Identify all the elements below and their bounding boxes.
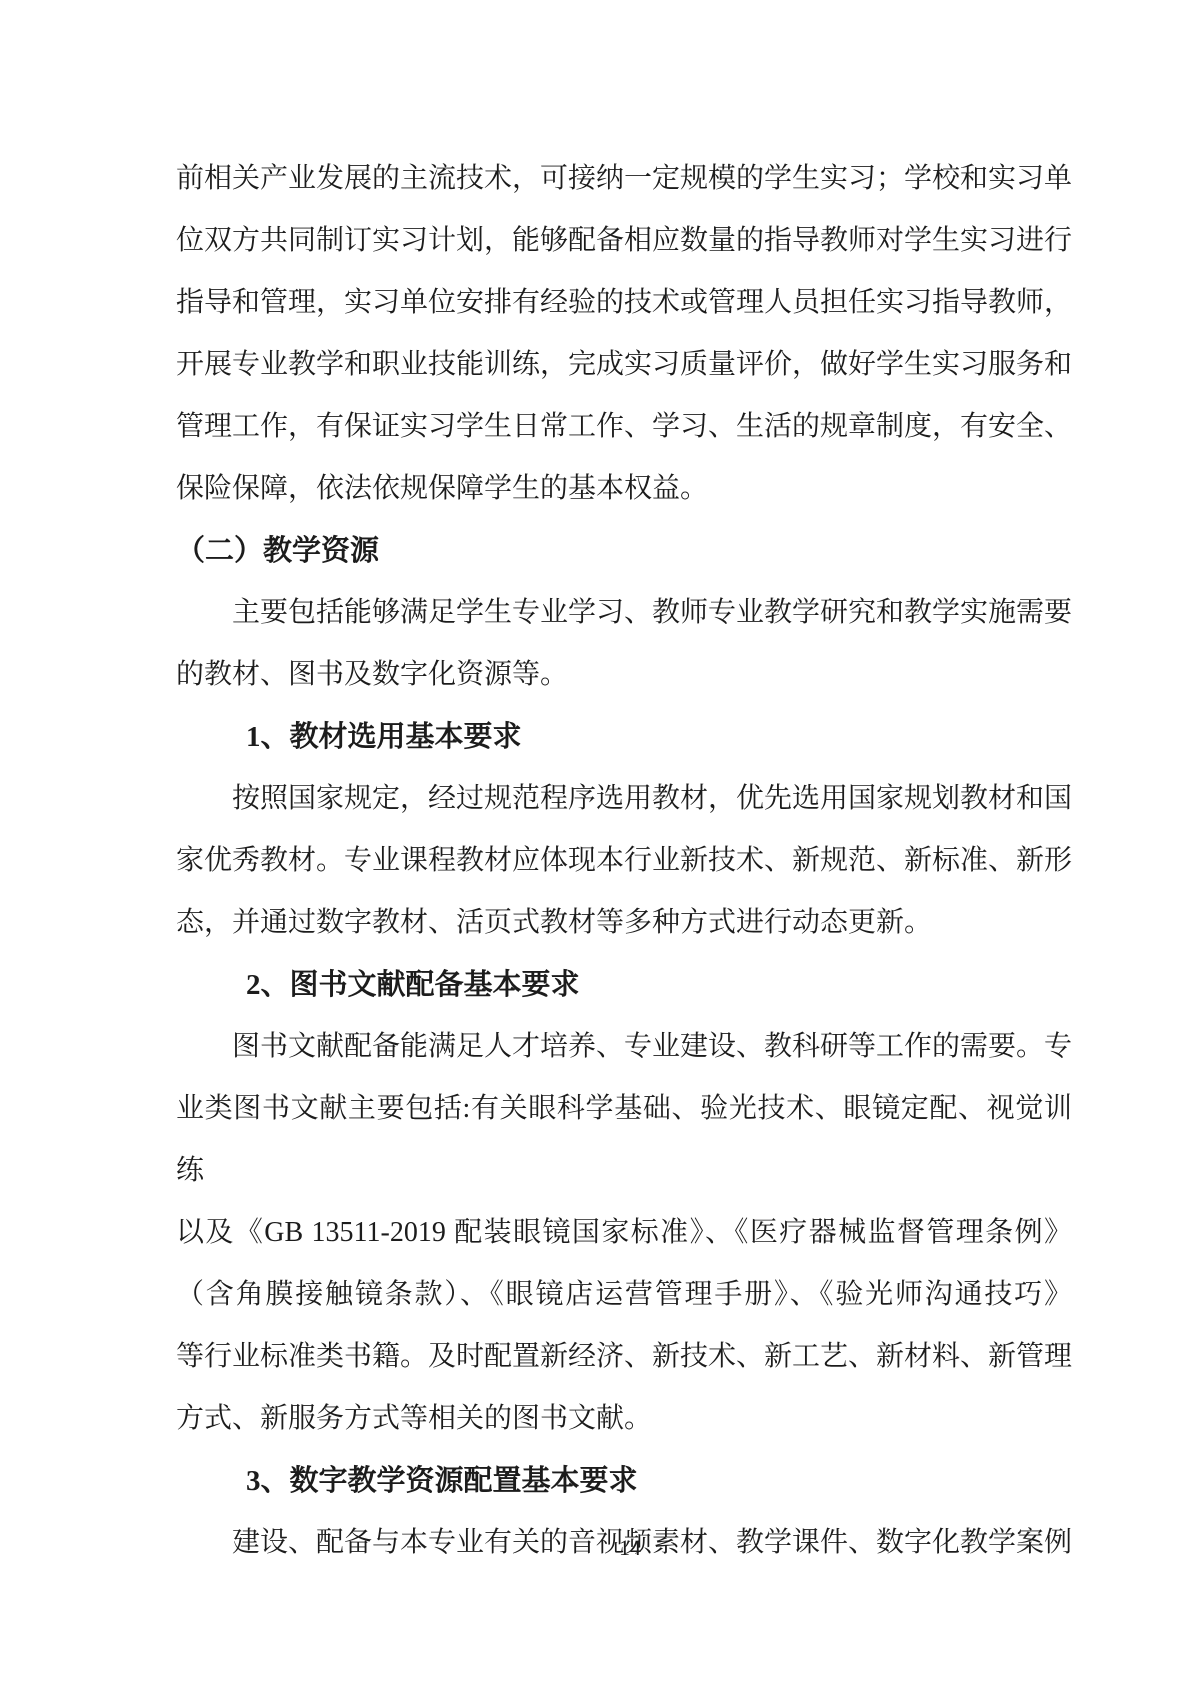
body-line: 前相关产业发展的主流技术，可接纳一定规模的学生实习；学校和实习单 [176, 148, 1072, 210]
body-line: （含角膜接触镜条款）、《眼镜店运营管理手册》、《验光师沟通技巧》 [176, 1264, 1072, 1326]
body-line: 方式、新服务方式等相关的图书文献。 [176, 1388, 1072, 1450]
document-content: 前相关产业发展的主流技术，可接纳一定规模的学生实习；学校和实习单 位双方共同制订… [176, 148, 1072, 1574]
paragraph: 前相关产业发展的主流技术，可接纳一定规模的学生实习；学校和实习单 位双方共同制订… [176, 148, 1072, 520]
subheading-textbook-selection: 1、教材选用基本要求 [176, 706, 1072, 768]
document-page: 前相关产业发展的主流技术，可接纳一定规模的学生实习；学校和实习单 位双方共同制订… [0, 0, 1190, 1683]
body-line: 家优秀教材。专业课程教材应体现本行业新技术、新规范、新标准、新形 [176, 830, 1072, 892]
body-line: 的教材、图书及数字化资源等。 [176, 644, 1072, 706]
paragraph: 图书文献配备能满足人才培养、专业建设、教科研等工作的需要。专 业类图书文献主要包… [176, 1016, 1072, 1450]
body-line: 保险保障，依法依规保障学生的基本权益。 [176, 458, 1072, 520]
body-line: 态，并通过数字教材、活页式教材等多种方式进行动态更新。 [176, 892, 1072, 954]
body-line: 图书文献配备能满足人才培养、专业建设、教科研等工作的需要。专 [176, 1016, 1072, 1078]
page-number: 14 [619, 1534, 641, 1562]
paragraph: 主要包括能够满足学生专业学习、教师专业教学研究和教学实施需要 的教材、图书及数字… [176, 582, 1072, 706]
body-line: 主要包括能够满足学生专业学习、教师专业教学研究和教学实施需要 [176, 582, 1072, 644]
body-line: 等行业标准类书籍。及时配置新经济、新技术、新工艺、新材料、新管理 [176, 1326, 1072, 1388]
body-line: 开展专业教学和职业技能训练，完成实习质量评价，做好学生实习服务和 [176, 334, 1072, 396]
body-line: 业类图书文献主要包括:有关眼科学基础、验光技术、眼镜定配、视觉训练 [176, 1078, 1072, 1202]
subheading-digital-resources: 3、数字教学资源配置基本要求 [176, 1450, 1072, 1512]
subheading-library-resources: 2、图书文献配备基本要求 [176, 954, 1072, 1016]
body-line: 按照国家规定，经过规范程序选用教材，优先选用国家规划教材和国 [176, 768, 1072, 830]
section-heading: （二）教学资源 [176, 520, 1072, 582]
body-line: 管理工作，有保证实习学生日常工作、学习、生活的规章制度，有安全、 [176, 396, 1072, 458]
body-line: 位双方共同制订实习计划，能够配备相应数量的指导教师对学生实习进行 [176, 210, 1072, 272]
body-line: 指导和管理，实习单位安排有经验的技术或管理人员担任实习指导教师， [176, 272, 1072, 334]
body-line: 以及《GB 13511-2019 配装眼镜国家标准》、《医疗器械监督管理条例》 [176, 1202, 1072, 1264]
paragraph: 按照国家规定，经过规范程序选用教材，优先选用国家规划教材和国 家优秀教材。专业课… [176, 768, 1072, 954]
